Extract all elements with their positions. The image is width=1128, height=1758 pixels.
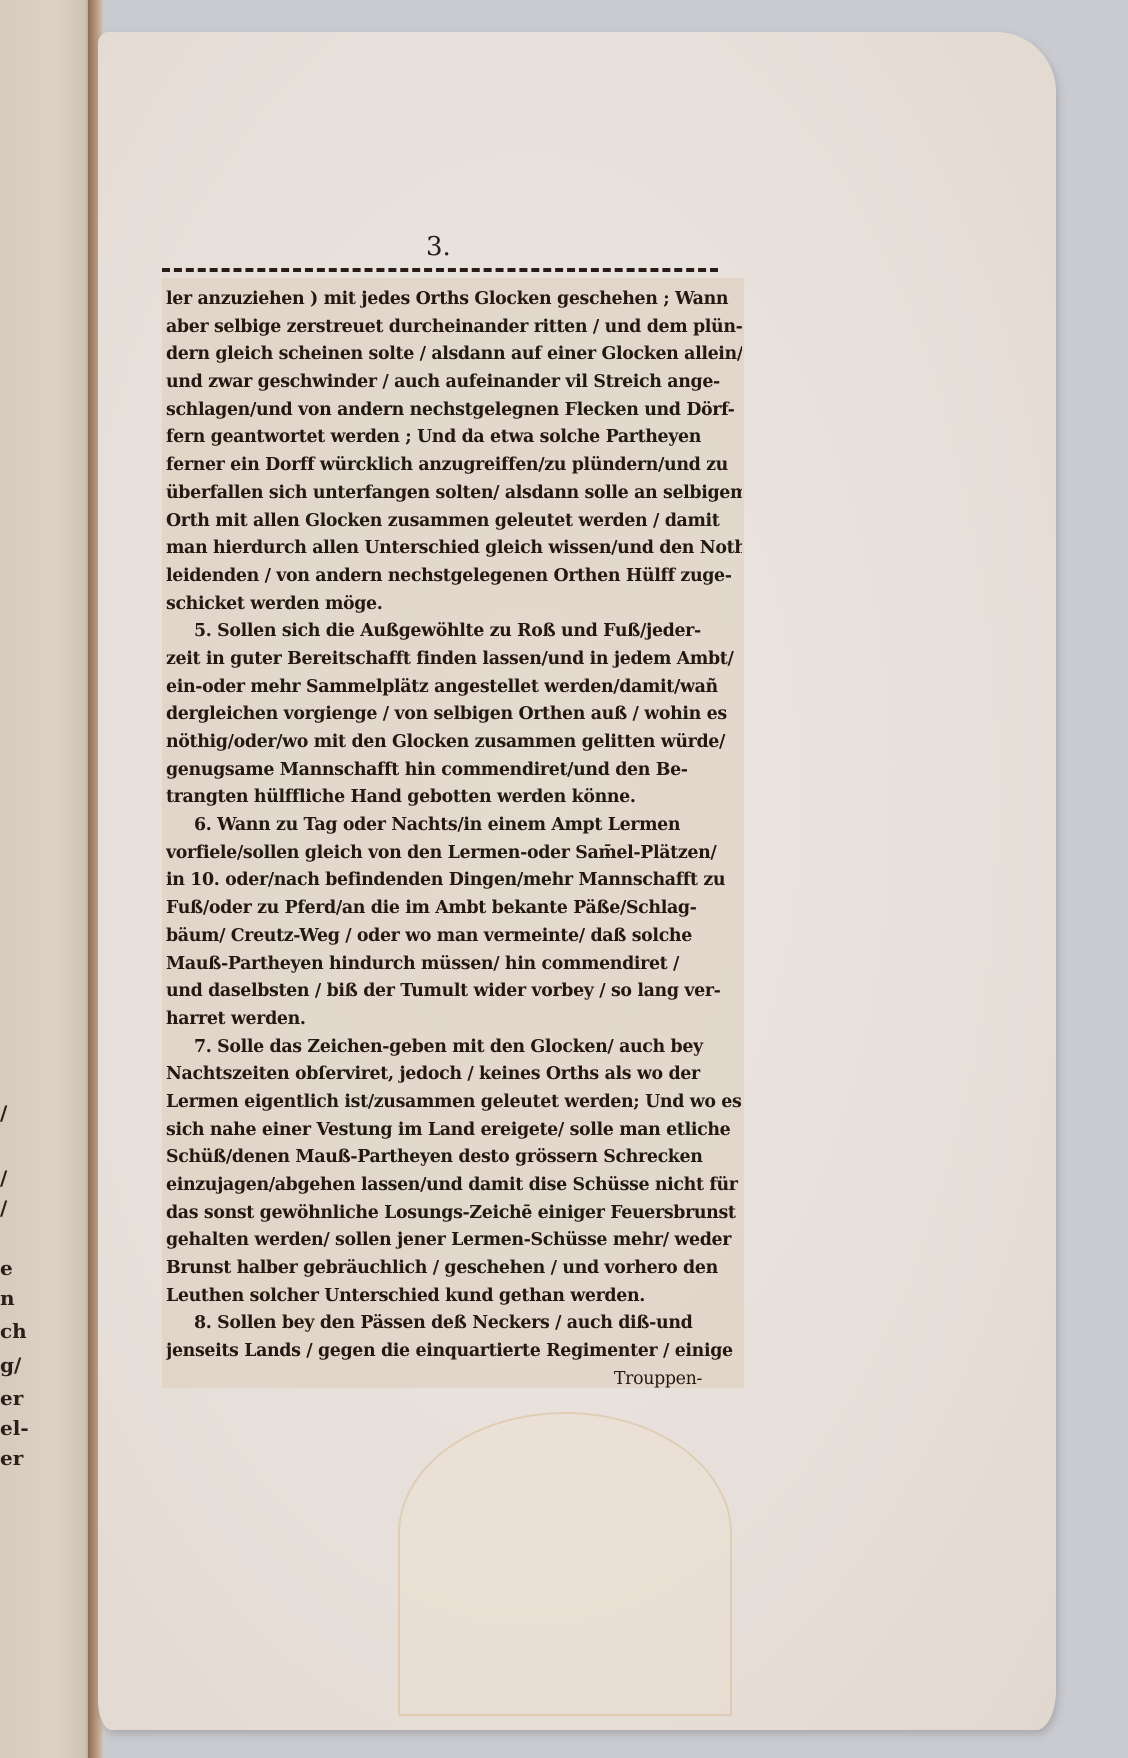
text-line: dergleichen vorgienge / von selbigen Ort… [166,701,742,729]
left-page-text-fragment: n [0,1285,15,1311]
text-line: überfallen sich unterfangen solten/ alsd… [166,480,742,508]
left-page-text-fragment: er [0,1445,23,1471]
left-page-text-fragment: er [0,1385,23,1411]
text-line: Leuthen solcher Unterschied kund gethan … [166,1283,742,1311]
text-line: sich nahe einer Vestung im Land ereigete… [166,1117,742,1145]
catchword: Trouppen- [166,1366,742,1394]
text-line: Mauß-Partheyen hindurch müssen/ hin comm… [166,951,742,979]
text-line: und zwar geschwinder / auch aufeinander … [166,369,742,397]
paragraph-start-line: 6. Wann zu Tag oder Nachts/in einem Ampt… [166,812,742,840]
text-line: Schüß/denen Mauß-Partheyen desto grösser… [166,1144,742,1172]
text-line: genugsame Mannschafft hin commendiret/un… [166,757,742,785]
text-line: leidenden / von andern nechstgelegenen O… [166,563,742,591]
text-line: dern gleich scheinen solte / alsdann auf… [166,341,742,369]
text-line: vorfiele/sollen gleich von den Lermen-od… [166,840,742,868]
text-line: fern geantwortet werden ; Und da etwa so… [166,424,742,452]
text-line: ferner ein Dorff würcklich anzugreiffen/… [166,452,742,480]
text-line: Lermen eigentlich ist/zusammen geleutet … [166,1089,742,1117]
left-page-text-fragment: e [0,1255,13,1281]
text-line: in 10. oder/nach befindenden Dingen/mehr… [166,867,742,895]
text-line: Orth mit allen Glocken zusammen geleutet… [166,508,742,536]
text-line: ein-oder mehr Sammelplätz angestellet we… [166,674,742,702]
text-line: nöthig/oder/wo mit den Glocken zusammen … [166,729,742,757]
text-line: trangten hülffliche Hand gebotten werden… [166,784,742,812]
text-line: Fuß/oder zu Pferd/an die im Ambt bekante… [166,895,742,923]
left-page-text-fragment: / [0,1165,7,1191]
left-page-text-fragment: ch [0,1318,27,1344]
header-rule [162,268,718,272]
text-line: und daselbsten / biß der Tumult wider vo… [166,978,742,1006]
left-page-text-fragment: el- [0,1415,29,1441]
left-page-text-fragment: / [0,1195,7,1221]
text-line: das sonst gewöhnliche Losungs-Zeichē ein… [166,1200,742,1228]
paragraph-start-line: 8. Sollen bey den Pässen deß Neckers / a… [166,1310,742,1338]
text-line: aber selbige zerstreuet durcheinander ri… [166,314,742,342]
text-line: schicket werden möge. [166,591,742,619]
text-line: zeit in guter Bereitschafft finden lasse… [166,646,742,674]
text-line: harret werden. [166,1006,742,1034]
text-line: man hierdurch allen Unterschied gleich w… [166,535,742,563]
text-line: einzujagen/abgehen lassen/und damit dise… [166,1172,742,1200]
body-text: ler anzuziehen ) mit jedes Orths Glocken… [166,286,742,1394]
text-line: jenseits Lands / gegen die einquartierte… [166,1338,742,1366]
text-line: bäum/ Creutz-Weg / oder wo man vermeinte… [166,923,742,951]
text-line: Nachtszeiten obſerviret, jedoch / keines… [166,1061,742,1089]
paragraph-start-line: 5. Sollen sich die Außgewöhlte zu Roß un… [166,618,742,646]
left-page-text-fragment: g/ [0,1352,21,1378]
text-line: schlagen/und von andern nechstgelegnen F… [166,397,742,425]
left-page: ///enchg/erel-er [0,0,94,1758]
left-page-text-fragment: / [0,1100,7,1126]
water-stain [398,1412,732,1716]
page-number: 3. [426,232,451,262]
text-line: ler anzuziehen ) mit jedes Orths Glocken… [166,286,742,314]
paragraph-start-line: 7. Solle das Zeichen-geben mit den Glock… [166,1034,742,1062]
text-line: gehalten werden/ sollen jener Lermen-Sch… [166,1227,742,1255]
text-line: Brunst halber gebräuchlich / geschehen /… [166,1255,742,1283]
